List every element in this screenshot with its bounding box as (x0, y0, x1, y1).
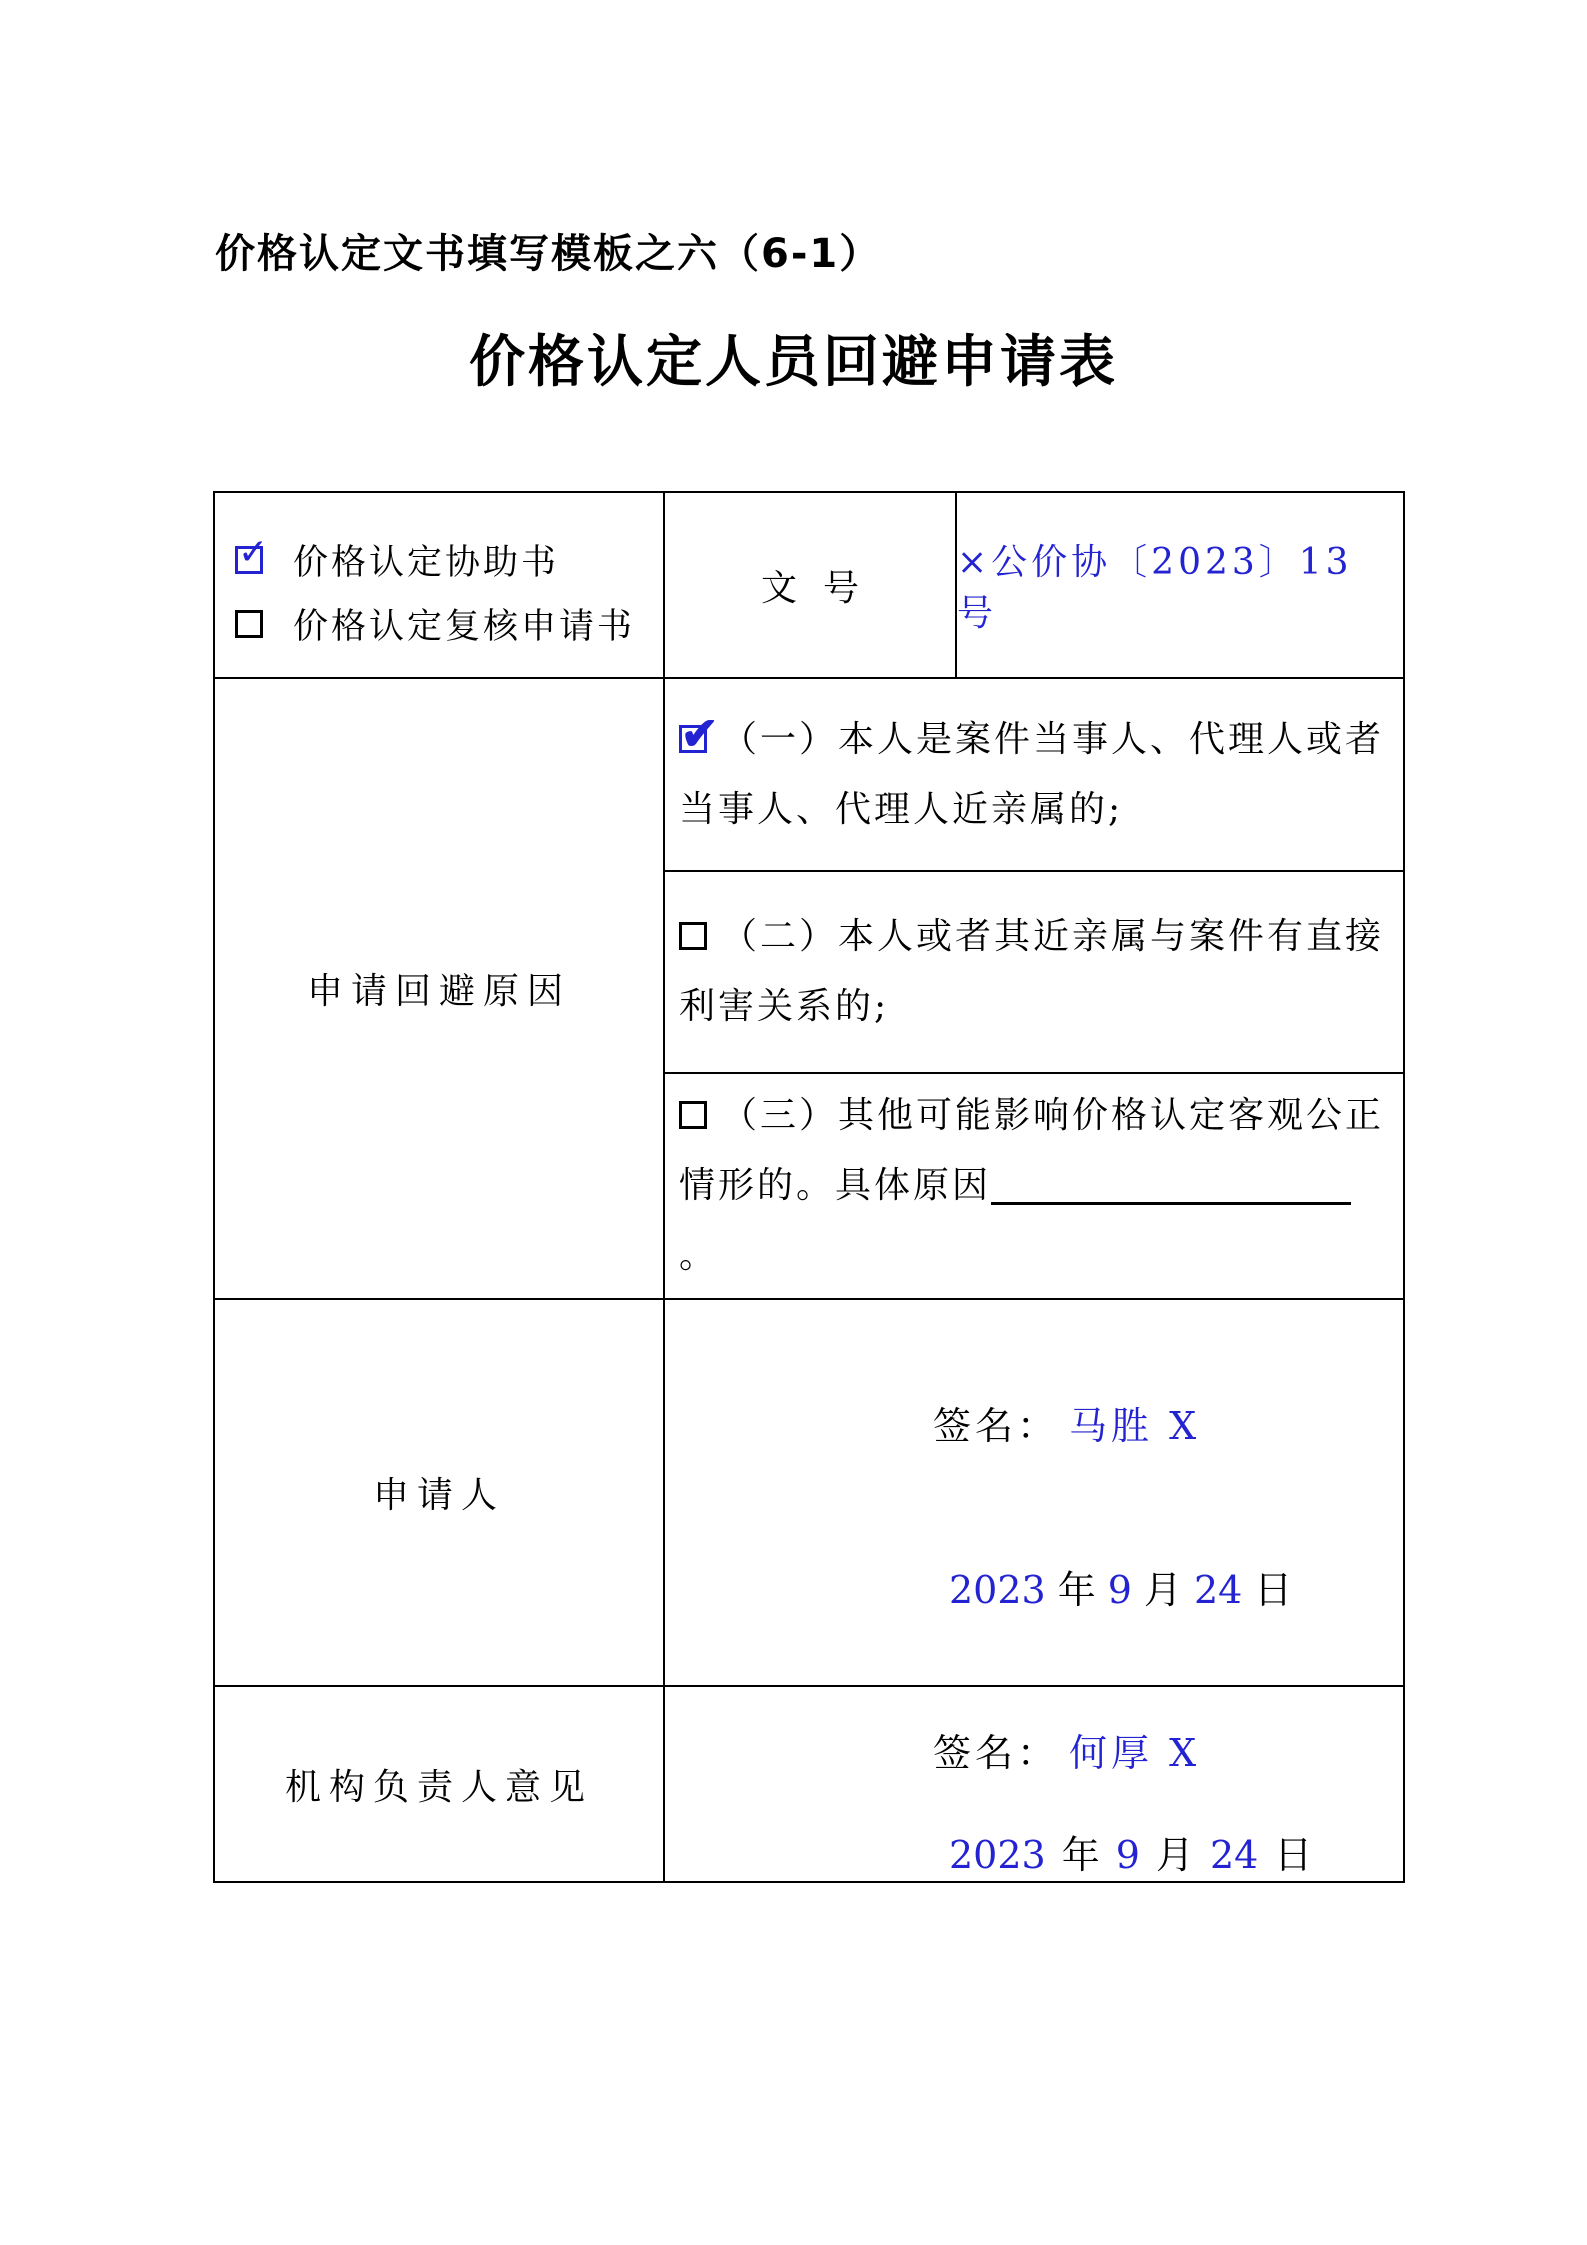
doc-type-option-2-label: 价格认定复核申请书 (293, 599, 635, 649)
applicant-label-cell: 申请人 (215, 1300, 663, 1685)
check-icon: ✔ (680, 710, 722, 756)
manager-date-year-unit: 年 (1062, 1833, 1100, 1877)
document-page: 价格认定文书填写模板之六（6-1） 价格认定人员回避申请表 ✓价格认定协助书 价… (0, 0, 1587, 2245)
manager-date-day: 24 (1210, 1833, 1258, 1877)
check-icon: ✓ (238, 535, 271, 571)
manager-date-month: 9 (1116, 1833, 1140, 1877)
applicant-signature-cell: 签名：马胜 X 2023年9月24日 (663, 1300, 1403, 1685)
applicant-sign-label: 签名： (933, 1404, 1059, 1448)
applicant-signature-name: 马胜 X (1069, 1404, 1200, 1448)
reason-item-2-text: （二）本人或者其近亲属与案件有直接利害关系的; (679, 916, 1384, 1027)
manager-label: 机构负责人意见 (285, 1759, 593, 1810)
manager-row: 机构负责人意见 签名：何厚 X 2023年9月24日 (215, 1685, 1403, 1881)
manager-date-year: 2023 (949, 1833, 1046, 1877)
template-label: 价格认定文书填写模板之六（6-1） (215, 222, 881, 279)
applicant-date-day: 24 (1194, 1568, 1242, 1612)
doc-number-label: 文号 (761, 560, 885, 611)
applicant-sign-line: 签名：马胜 X (933, 1400, 1403, 1452)
manager-signature-cell: 签名：何厚 X 2023年9月24日 (663, 1687, 1403, 1881)
manager-date-line: 2023年9月24日 (949, 1829, 1403, 1881)
reason-label-cell: 申请回避原因 (215, 679, 663, 1298)
doc-type-checkbox-review[interactable] (235, 610, 263, 638)
reason-item-1-text: （一）本人是案件当事人、代理人或者当事人、代理人近亲属的; (679, 719, 1384, 830)
manager-signature-name: 何厚 X (1069, 1731, 1200, 1775)
manager-sign-label: 签名： (933, 1731, 1059, 1775)
doc-type-option-1-label: 价格认定协助书 (293, 535, 559, 585)
manager-date-day-unit: 日 (1274, 1833, 1312, 1877)
recusal-reason-row: 申请回避原因 ✔（一）本人是案件当事人、代理人或者当事人、代理人近亲属的; （二… (215, 677, 1403, 1298)
applicant-date-year-unit: 年 (1058, 1568, 1096, 1612)
applicant-date-year: 2023 (949, 1568, 1046, 1612)
manager-label-cell: 机构负责人意见 (215, 1687, 663, 1881)
doc-number-value-cell: ×公价协〔2023〕13 号 (955, 493, 1403, 677)
doc-type-checkbox-assist[interactable]: ✓ (235, 546, 263, 574)
reason-item-3: （三）其他可能影响价格认定客观公正情形的。具体原因。 (665, 1072, 1403, 1298)
reason-item-2: （二）本人或者其近亲属与案件有直接利害关系的; (665, 870, 1403, 1072)
reason-checkbox-1[interactable]: ✔ (679, 725, 707, 753)
manager-sign-line: 签名：何厚 X (933, 1727, 1403, 1779)
applicant-row: 申请人 签名：马胜 X 2023年9月24日 (215, 1298, 1403, 1685)
doc-type-option-2: 价格认定复核申请书 (235, 599, 653, 649)
reason-options: ✔（一）本人是案件当事人、代理人或者当事人、代理人近亲属的; （二）本人或者其近… (663, 679, 1403, 1298)
page-title: 价格认定人员回避申请表 (0, 318, 1587, 398)
doc-type-cell: ✓价格认定协助书 价格认定复核申请书 (215, 493, 663, 677)
doc-number-label-cell: 文号 (663, 493, 955, 677)
reason-item-1: ✔（一）本人是案件当事人、代理人或者当事人、代理人近亲属的; (665, 679, 1403, 870)
applicant-date-month-unit: 月 (1144, 1568, 1182, 1612)
applicant-date-line: 2023年9月24日 (949, 1564, 1403, 1616)
reason-checkbox-3[interactable] (679, 1101, 707, 1129)
reason-blank-input[interactable] (991, 1165, 1351, 1205)
doc-type-row: ✓价格认定协助书 价格认定复核申请书 文号 ×公价协〔2023〕13 号 (215, 493, 1403, 677)
applicant-label: 申请人 (373, 1467, 505, 1518)
reason-label: 申请回避原因 (307, 963, 571, 1014)
manager-date-month-unit: 月 (1156, 1833, 1194, 1877)
recusal-form-table: ✓价格认定协助书 价格认定复核申请书 文号 ×公价协〔2023〕13 号 申请回… (213, 491, 1405, 1883)
reason-item-3-text-after: 。 (679, 1235, 718, 1276)
doc-type-option-1: ✓价格认定协助书 (235, 535, 653, 585)
doc-number-value: ×公价协〔2023〕13 号 (957, 534, 1403, 636)
applicant-date-day-unit: 日 (1254, 1568, 1292, 1612)
reason-checkbox-2[interactable] (679, 922, 707, 950)
applicant-date-month: 9 (1108, 1568, 1132, 1612)
